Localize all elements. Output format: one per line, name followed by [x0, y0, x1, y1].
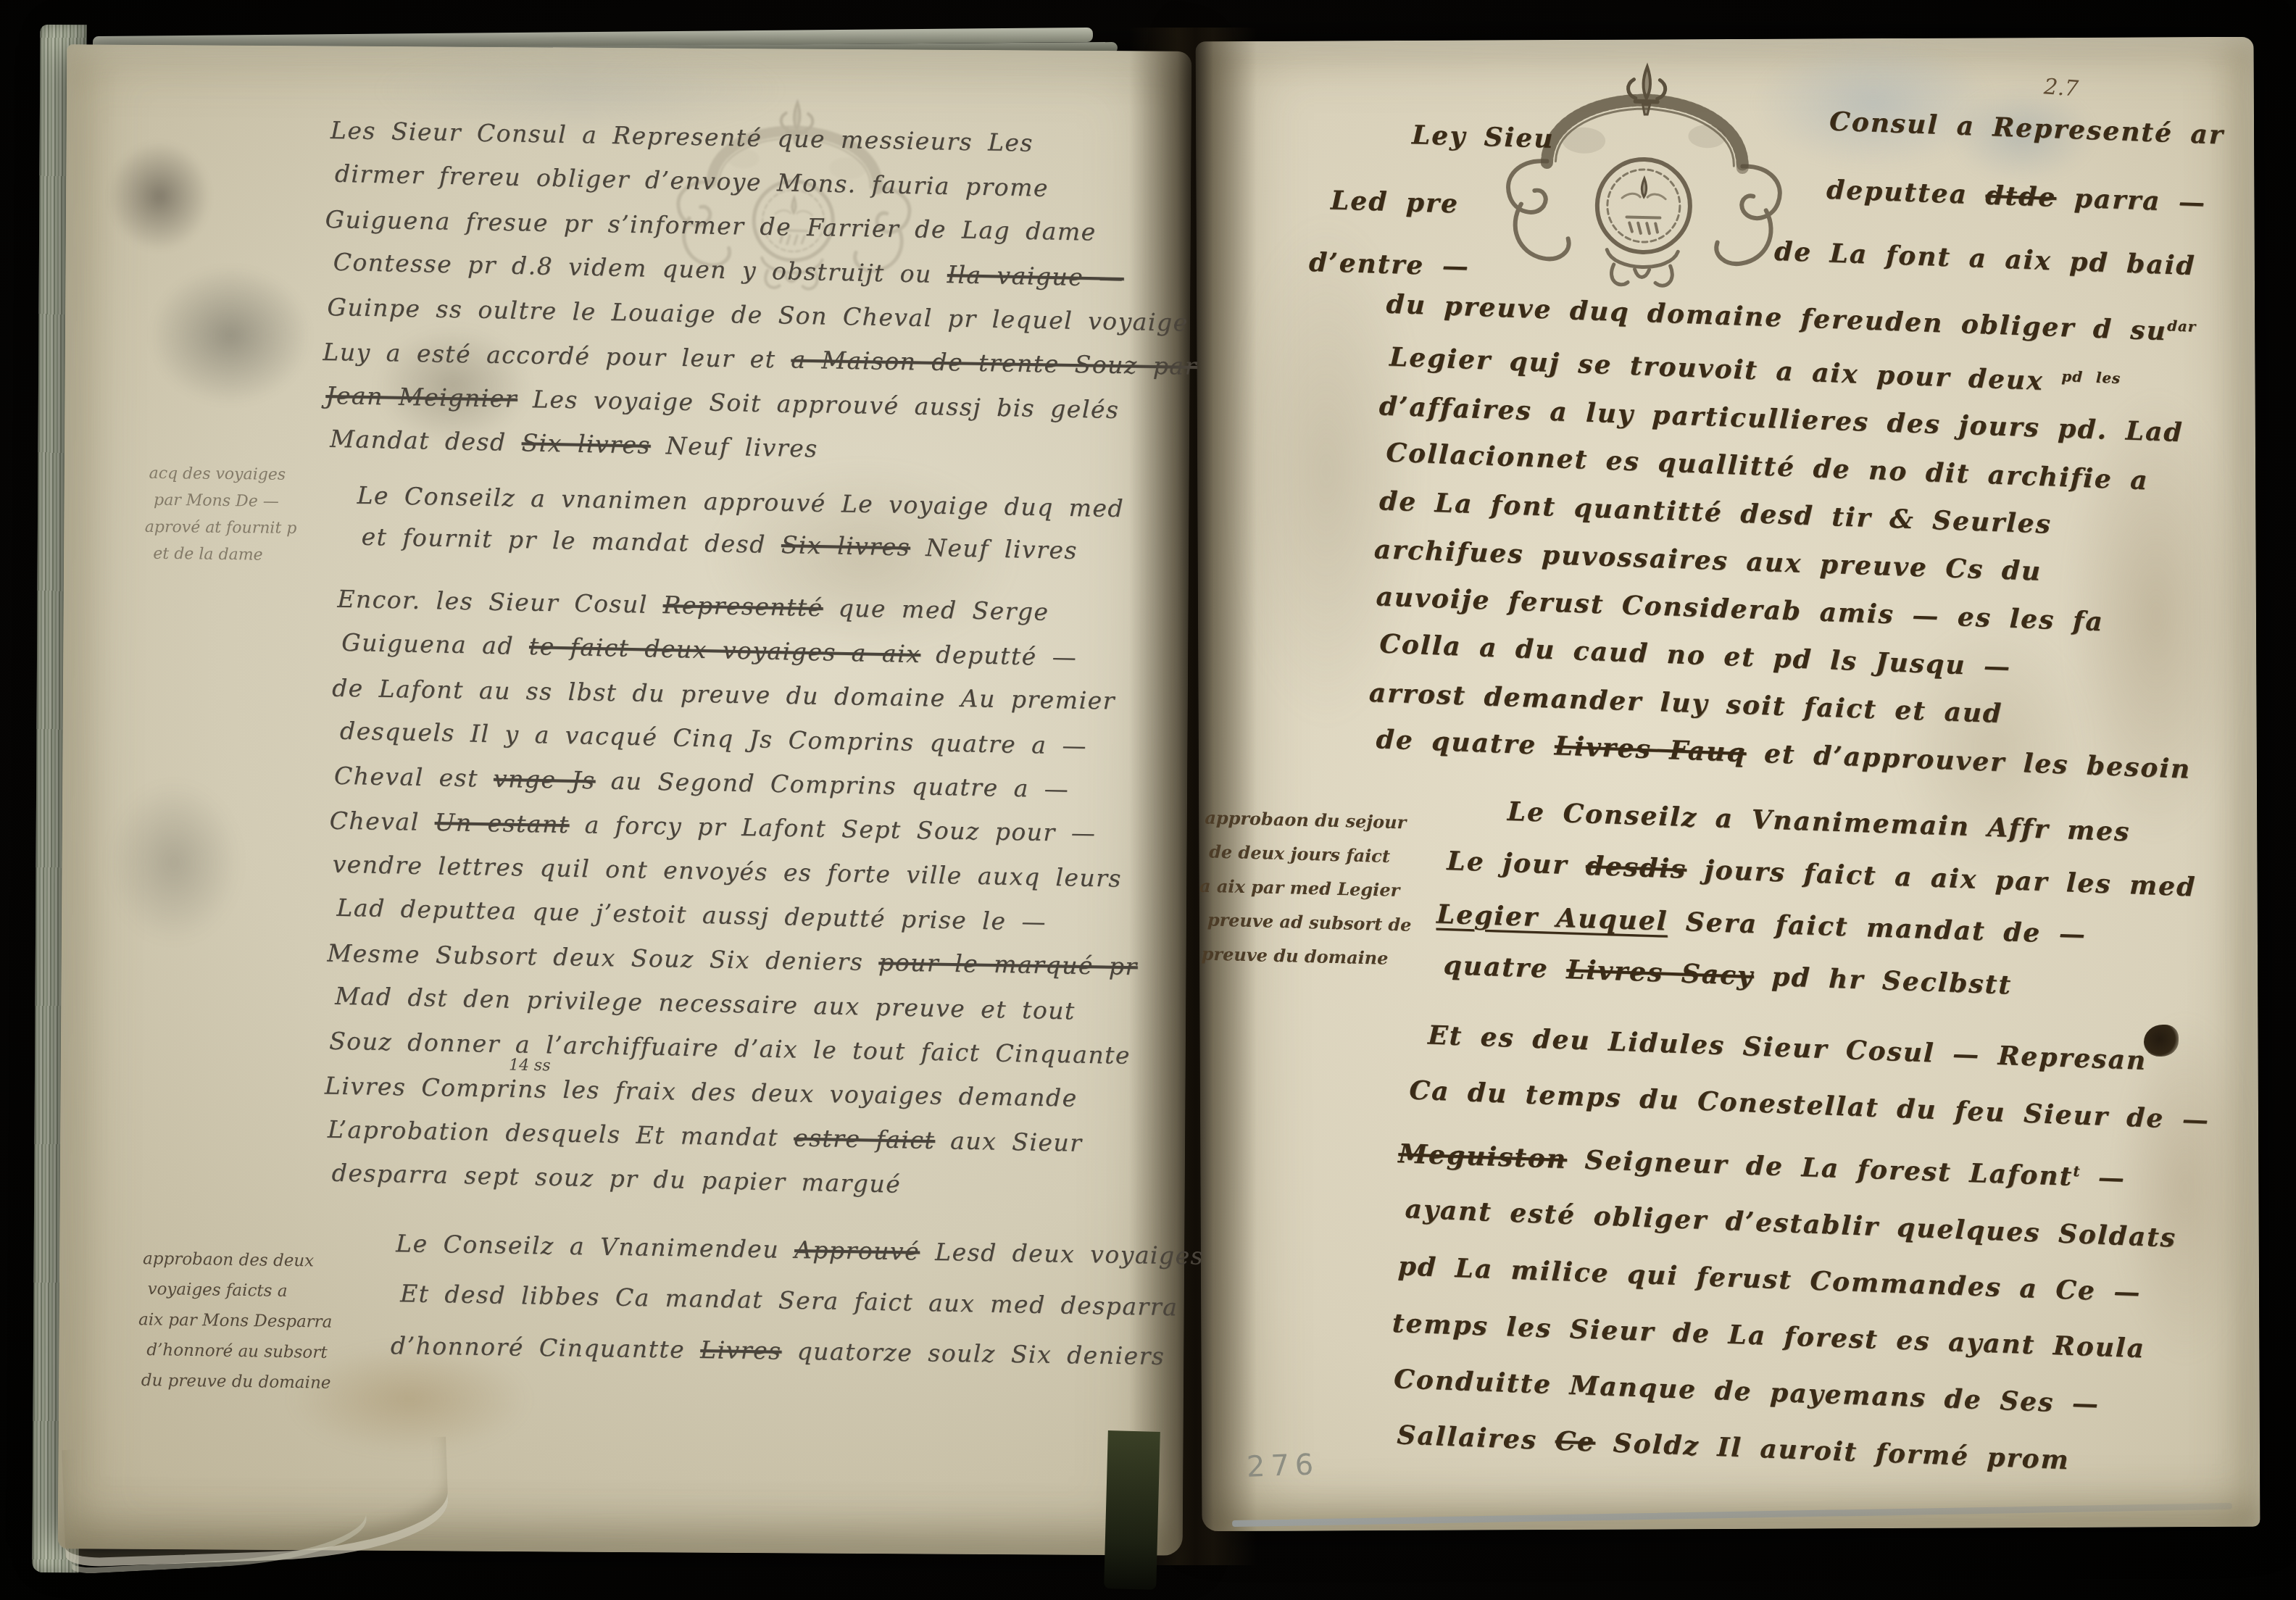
text-run: Neuf livres: [650, 431, 818, 463]
text-run: Livres Sacy: [1566, 954, 1755, 991]
text-run: Lad deputtea que j’estoit aussj deputté …: [336, 893, 1047, 936]
text-run: Luy a esté accordé pour leur et: [323, 338, 791, 374]
left-margin-note-voyage: acq des voyaigespar Mons De —aprové at f…: [148, 460, 301, 569]
text-line: voyaiges faicts a: [147, 1274, 341, 1307]
page-corner-curl: [67, 1478, 368, 1574]
text-run: de quatre: [1376, 724, 1555, 761]
text-run: voyaiges faicts a: [147, 1280, 287, 1301]
text-run: dar: [2167, 317, 2197, 335]
text-run: Souz donner a l’archiffuaire d’aix le to…: [329, 1027, 1131, 1070]
text-run: desquels Il y a vacqué Cinq Js Comprins …: [340, 717, 1088, 760]
text-run: —: [2080, 1162, 2126, 1193]
text-run: Sallaires: [1397, 1420, 1556, 1456]
text-line: aix par Mons Desparra: [138, 1304, 333, 1337]
text-run: Jean Meignier: [325, 381, 517, 413]
tax-stamp-icon: [1471, 51, 1818, 299]
right-margin-note-sejour: approbaon du sejourde deux jours faicta …: [1201, 801, 1409, 976]
text-run: Encor. les Sieur Cosul: [337, 585, 663, 619]
text-run: d’honnoré au subsort: [146, 1341, 328, 1362]
text-run: et fournit pr le mandat desd: [361, 522, 781, 559]
left-paragraph-2: Le Conseilz a vnanimen approuvé Le voyai…: [356, 475, 1125, 572]
text-run: Ley Sieu: [1411, 120, 1555, 154]
text-run: Neuf livres: [910, 533, 1078, 565]
text-run: Approuvé: [794, 1236, 920, 1266]
text-run: approbaon du sejour: [1205, 807, 1407, 833]
right-line1-left: Ley Sieu: [1411, 120, 1555, 154]
text-run: Les voyaige Soit approuvé aussj bis gelé…: [517, 385, 1120, 424]
text-line: approbaon des deux: [143, 1243, 337, 1277]
text-run: vnge Js: [494, 764, 596, 795]
right-paragraph-2: Le Conseilz a Vnanimemain Affr mesLe jou…: [1438, 783, 2194, 1017]
text-run: Soldz Il auroit formé prom: [1594, 1428, 2070, 1476]
text-run: approbaon des deux: [143, 1249, 314, 1270]
text-run: Mandat desd: [330, 425, 522, 457]
text-run: aux Sieur: [935, 1126, 1083, 1157]
text-run: te faict deux voyaiges a aix: [529, 632, 921, 668]
text-run: de Lafont au ss lbst du preuve du domain…: [332, 674, 1115, 715]
right-line2-left: Led pre: [1330, 186, 1459, 220]
text-run: deputté —: [920, 640, 1078, 671]
text-run: preuve du domaine: [1201, 943, 1389, 969]
text-run: Guinpe ss oultre le Louaige de Son Cheva…: [327, 293, 1189, 337]
text-run: preuve ad subsort de: [1207, 909, 1412, 935]
text-run: pd hr Seclbstt: [1753, 961, 2013, 1001]
text-run: a forcy pr Lafont Sept Souz pour —: [569, 810, 1096, 847]
text-run: Six livres: [781, 530, 911, 561]
text-run: desparra sept souz pr du papier margué: [331, 1159, 901, 1199]
text-run: Un estant: [434, 808, 570, 838]
text-run: pd les: [2061, 367, 2121, 387]
text-run: Representté: [662, 591, 823, 622]
text-run: Legier Auquel: [1436, 899, 1668, 937]
text-run: Livres Comprins les fraix des deux voyai…: [325, 1072, 1078, 1112]
text-run: deputtea: [1826, 175, 1986, 211]
text-run: Ce: [1555, 1425, 1596, 1457]
text-run: parra —: [2056, 183, 2207, 218]
text-line: a aix par med Legier: [1199, 869, 1405, 907]
right-paragraph-1: du preuve duq domaine fereuden obliger d…: [1370, 275, 2203, 793]
manuscript-scan: Les Sieur Consul a Representé que messie…: [0, 0, 2296, 1600]
cover-edge: [1104, 1430, 1160, 1590]
right-paragraph-3: Et es deu Lidules Sieur Cosul — Represan…: [1391, 1006, 2208, 1492]
left-margin-note-approbation: approbaon des deuxvoyaiges faicts aaix p…: [141, 1243, 337, 1399]
text-run: aprové at fournit p: [145, 518, 297, 538]
text-run: acq des voyaiges: [149, 464, 286, 484]
text-run: Lesd deux voyaiges: [920, 1238, 1205, 1270]
text-run: Mesme Subsort deux Souz Six deniers: [327, 939, 878, 977]
text-run: du preuve du domaine: [141, 1371, 331, 1393]
text-run: estre faict: [794, 1123, 936, 1154]
text-run: pour le marqué pr: [878, 948, 1138, 980]
text-run: et d’approuver les besoin: [1746, 738, 2192, 785]
text-run: et de la dame: [153, 545, 262, 564]
text-run: vendre lettres quil ont envoyés es forte…: [332, 850, 1122, 893]
text-run: de deux jours faict: [1209, 841, 1391, 867]
text-run: quatre: [1443, 950, 1567, 985]
text-run: Le Conseilz a Vnanimendeu: [396, 1229, 795, 1264]
text-line: du preuve du domaine: [141, 1365, 336, 1399]
text-run: Meguiston: [1398, 1138, 1568, 1175]
text-line: Led pre: [1330, 186, 1459, 220]
text-line: preuve ad subsort de: [1207, 902, 1412, 941]
text-run: aix par Mons Desparra: [138, 1310, 333, 1331]
text-run: dtde: [1985, 180, 2057, 213]
text-run: Contesse pr d.8 videm quen y obstruijt o…: [333, 248, 947, 288]
text-line: Ley Sieu: [1411, 120, 1555, 154]
text-run: Six livres: [521, 428, 651, 459]
text-run: a aix par med Legier: [1199, 875, 1400, 901]
text-run: dirmer frereu obliger d’envoye Mons. fau…: [335, 159, 1049, 202]
left-paragraph-4: Le Conseilz a Vnanimendeu Approuvé Lesd …: [394, 1218, 1204, 1383]
text-line: preuve du domaine: [1201, 937, 1406, 976]
text-run: Guiguena ad: [341, 628, 530, 660]
text-run: Livres: [700, 1336, 782, 1365]
text-run: Livres Fauq: [1554, 730, 1747, 768]
text-line: et de la dame: [153, 541, 305, 570]
ink-blot: [2144, 1025, 2179, 1057]
text-run: jours faict a aix par les med: [1686, 854, 2197, 903]
text-run: Le jour: [1447, 846, 1586, 881]
text-run: L’aprobation desquels Et mandat: [328, 1115, 794, 1152]
text-line: de deux jours faict: [1209, 834, 1414, 873]
text-run: que med Serge: [823, 593, 1049, 626]
text-run: quatorze soulz Six deniers: [781, 1337, 1165, 1370]
text-run: Guiguena fresue pr s’informer de Farrier…: [325, 205, 1097, 246]
left-paragraph-1: Les Sieur Consul a Representé que messie…: [325, 108, 1205, 478]
text-run: Le Conseilz a vnanimen approuvé Le voyai…: [357, 481, 1124, 522]
text-run: Led pre: [1330, 186, 1459, 220]
text-run: Cheval est: [334, 762, 494, 793]
text-run: a Maison de trente Souz par: [791, 346, 1197, 380]
text-line: approbaon du sejour: [1205, 801, 1410, 840]
text-run: au Segond Comprins quatre a —: [595, 766, 1069, 803]
text-run: par Mons De —: [154, 491, 279, 511]
folio-number: 276: [1246, 1448, 1320, 1483]
interlinear-correction: 14 ss: [509, 1056, 551, 1075]
text-line: aprové at fournit p: [145, 514, 297, 542]
text-run: Seigneur de La forest Lafont: [1566, 1144, 2074, 1192]
text-run: Sera faict mandat de —: [1668, 907, 2087, 950]
corner-pen-mark: 2.7: [2043, 74, 2079, 101]
text-run: d’honnoré Cinquantte: [391, 1331, 701, 1364]
text-run: Ila vaigue —: [947, 260, 1124, 292]
text-run: Les Sieur Consul a Representé que messie…: [330, 116, 1034, 157]
text-run: Mad dst den privilege necessaire aux pre…: [335, 982, 1076, 1025]
text-line: par Mons De —: [154, 487, 306, 516]
text-run: desdis: [1585, 851, 1687, 885]
text-line: acq des voyaiges: [149, 460, 301, 488]
text-run: Et desd libbes Ca mandat Sera faict aux …: [400, 1279, 1178, 1321]
text-line: d’honnoré au subsort: [146, 1335, 341, 1368]
left-paragraph-3: Encor. les Sieur Cosul Representté que m…: [326, 577, 1148, 1210]
text-run: Cheval: [329, 807, 435, 836]
